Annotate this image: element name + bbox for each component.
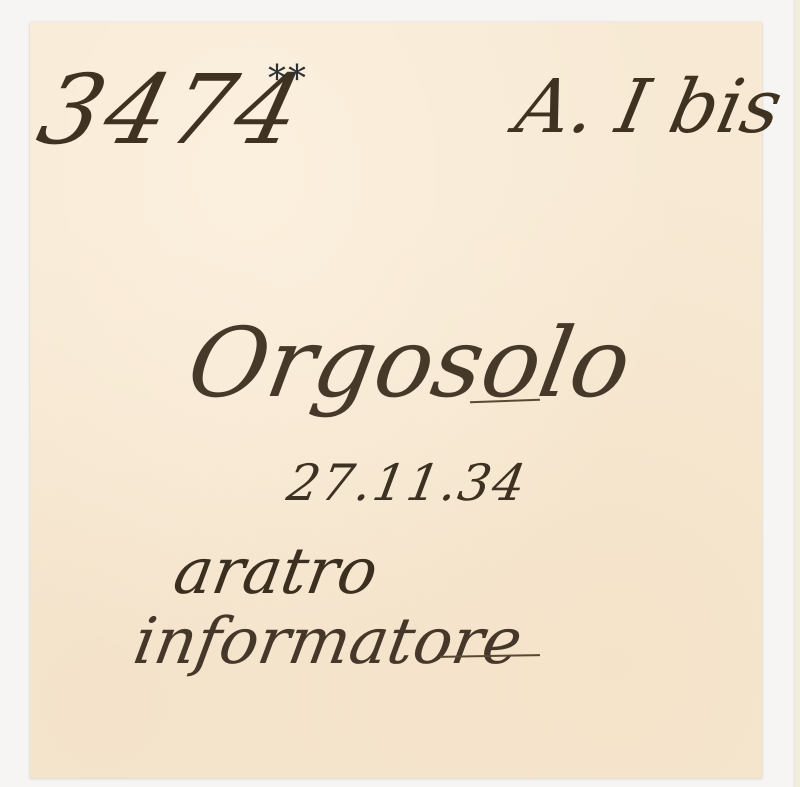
series-code: A. I bis bbox=[510, 70, 788, 144]
object-name: aratro bbox=[169, 540, 382, 604]
role-label: informatore bbox=[129, 610, 526, 674]
place-name: Orgosolo bbox=[182, 315, 638, 411]
catalog-stars-mark: ** bbox=[268, 62, 308, 98]
adjacent-card-edge bbox=[793, 0, 800, 787]
date: 27.11.34 bbox=[284, 458, 531, 508]
